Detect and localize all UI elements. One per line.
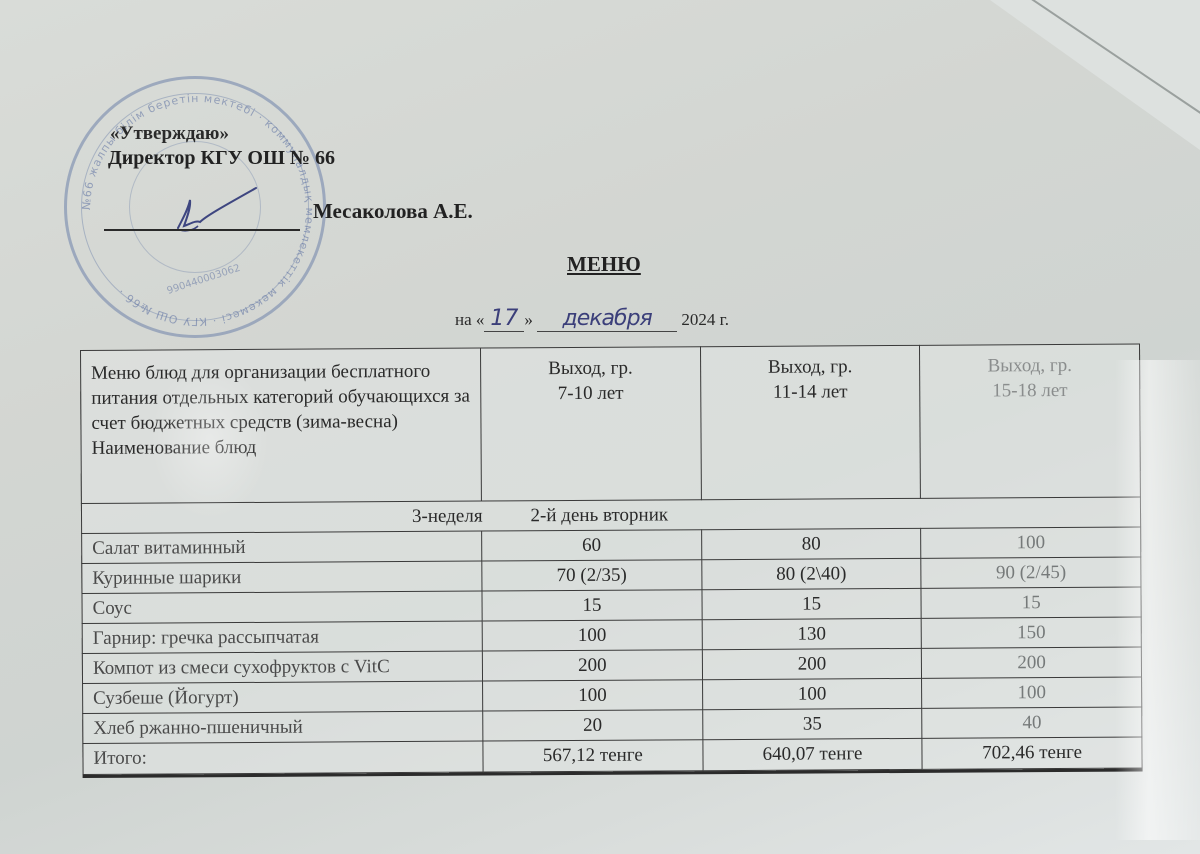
- total-15-18: 702,46 тенге: [922, 737, 1142, 769]
- dish-name: Компот из смеси сухофруктов с VitC: [82, 651, 482, 683]
- total-7-10: 567,12 тенге: [483, 740, 703, 772]
- dish-name: Соус: [82, 591, 482, 623]
- column-header-age-15-18: Выход, гр. 15-18 лет: [920, 344, 1141, 498]
- portion-7-10: 100: [483, 680, 703, 711]
- column-header-line1: Выход, гр.: [930, 353, 1129, 379]
- portion-15-18: 100: [921, 527, 1141, 558]
- total-row: Итого: 567,12 тенге 640,07 тенге 702,46 …: [83, 737, 1142, 774]
- portion-11-14: 15: [702, 588, 922, 619]
- portion-15-18: 15: [921, 587, 1141, 618]
- portion-11-14: 35: [702, 708, 922, 739]
- portion-7-10: 60: [482, 530, 702, 561]
- date-day-handwritten: 17: [484, 306, 524, 332]
- portion-7-10: 20: [483, 710, 703, 741]
- dish-name: Куринные шарики: [82, 561, 482, 593]
- column-header-dish-name: Меню блюд для организации бесплатного пи…: [81, 348, 482, 503]
- portion-11-14: 130: [702, 618, 922, 649]
- director-name: Месаколова А.Е.: [313, 199, 473, 224]
- svg-text:990440003062: 990440003062: [166, 263, 242, 297]
- column-header-line1: Выход, гр.: [711, 354, 910, 380]
- portion-7-10: 200: [482, 650, 702, 681]
- page-title: МЕНЮ: [567, 252, 641, 277]
- portion-7-10: 100: [482, 620, 702, 651]
- date-prefix: на «: [455, 310, 484, 329]
- portion-15-18: 40: [922, 707, 1142, 738]
- paper-corner-background: [990, 0, 1200, 150]
- dish-name: Гарнир: гречка рассыпчатая: [82, 621, 482, 653]
- portion-15-18: 200: [922, 647, 1142, 678]
- dish-name: Хлеб ржанно-пшеничный: [83, 711, 483, 743]
- day-label: 2-й день вторник: [530, 504, 668, 526]
- document-date: на «17» декабря 2024 г.: [455, 306, 729, 332]
- signature-line: [104, 229, 300, 231]
- week-label: 3-неделя: [412, 506, 483, 527]
- portion-15-18: 100: [922, 677, 1142, 708]
- director-title: Директор КГУ ОШ № 66: [108, 147, 335, 170]
- column-header-line2: 11-14 лет: [711, 379, 910, 405]
- portion-7-10: 70 (2/35): [482, 560, 702, 591]
- portion-7-10: 15: [482, 590, 702, 621]
- date-month-handwritten: декабря: [537, 306, 677, 332]
- approval-label: «Утверждаю»: [110, 123, 229, 145]
- column-header-line2: 15-18 лет: [931, 378, 1130, 404]
- date-mid: »: [524, 310, 533, 329]
- portion-15-18: 90 (2/45): [921, 557, 1141, 588]
- portion-11-14: 100: [702, 678, 922, 709]
- dish-name: Сузбеше (Йогурт): [83, 681, 483, 713]
- menu-table: Меню блюд для организации бесплатного пи…: [80, 344, 1143, 775]
- total-label: Итого:: [83, 741, 483, 774]
- dish-name: Салат витаминный: [82, 531, 482, 563]
- portion-11-14: 80: [701, 528, 921, 559]
- portion-11-14: 200: [702, 648, 922, 679]
- table-header-row: Меню блюд для организации бесплатного пи…: [81, 344, 1141, 503]
- portion-11-14: 80 (2\40): [701, 558, 921, 589]
- signature-icon: [160, 180, 260, 240]
- portion-15-18: 150: [921, 617, 1141, 648]
- column-header-line2: 7-10 лет: [491, 380, 690, 406]
- date-suffix: 2024 г.: [681, 310, 729, 329]
- total-11-14: 640,07 тенге: [703, 738, 923, 770]
- column-header-line1: Выход, гр.: [491, 355, 690, 381]
- column-header-age-7-10: Выход, гр. 7-10 лет: [481, 347, 702, 501]
- column-header-age-11-14: Выход, гр. 11-14 лет: [700, 345, 921, 499]
